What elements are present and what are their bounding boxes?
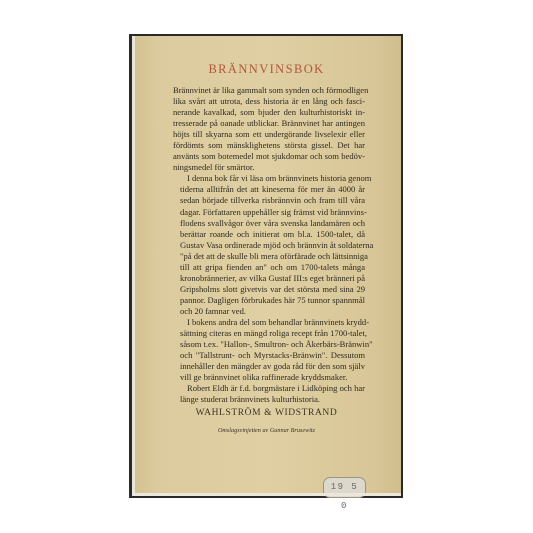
blurb-line: tresserade på oanade utblickar. Brännvin…: [173, 118, 365, 129]
cover-illustration-credit: Omslagsvinjetten av Gunnar Brusewitz: [132, 427, 401, 434]
blurb-line: och "Tallstrunt- och Myrstacks-Bränwin".…: [173, 350, 365, 361]
blurb-line: sedan började tillverka risbrännvin och …: [173, 195, 365, 206]
blurb-line: såsom t.ex. "Hallon-, Smultron- och Åker…: [173, 339, 365, 350]
blurb-line: lika svårt att utrota, dess historia är …: [173, 96, 365, 107]
blurb-line: och 20 famnar ved.: [173, 306, 365, 317]
blurb-line: Gripsholms slott givetvis var det störst…: [173, 284, 365, 295]
blurb-line: Robert Eldh är f.d. borgmästare i Lidköp…: [173, 383, 365, 394]
blurb-line: pannor. Dagligen förbrukades här 75 tunn…: [173, 295, 365, 306]
blurb-line: nerande kavalkad, som bjuder den kulturh…: [173, 107, 365, 118]
blurb-line: berättar roande och initierat om bl.a. 1…: [173, 229, 365, 240]
blurb-paragraph: Robert Eldh är f.d. borgmästare i Lidköp…: [173, 383, 365, 405]
blurb-paragraph: I bokens andra del som behandlar brännvi…: [173, 317, 365, 383]
blurb-line: "på det att de skulle bli mera oförfärad…: [173, 251, 365, 262]
blurb-line: använts som botemedel mot sjukdomar och …: [173, 151, 365, 162]
book-title: BRÄNNVINSBOK: [132, 62, 401, 77]
blurb-paragraph: Brännvinet är lika gammalt som synden oc…: [173, 85, 365, 173]
blurb-line: höjts till skyarna som ett undergörande …: [173, 129, 365, 140]
blurb-line: vill ge brännvinet olika raffinerade kry…: [173, 372, 365, 383]
blurb-paragraph: I denna bok får vi läsa om brännvinets h…: [173, 173, 365, 317]
blurb-line: I bokens andra del som behandlar brännvi…: [173, 317, 365, 328]
publisher-name: WAHLSTRÖM & WIDSTRAND: [132, 408, 401, 418]
blurb-line: dagar. Författaren uppehåller sig främst…: [173, 207, 365, 218]
blurb-line: I denna bok får vi läsa om brännvinets h…: [173, 173, 365, 184]
book-back-cover: BRÄNNVINSBOK Brännvinet är lika gammalt …: [129, 34, 403, 498]
blurb-line: tiderna alltifrån det att kineserna för …: [173, 184, 365, 195]
library-sticker-label: 19 5 0: [323, 477, 366, 498]
blurb-line: ningsmedel för smärtor.: [173, 162, 365, 173]
blurb-line: innehåller den mängder av goda råd för d…: [173, 361, 365, 372]
blurb-line: sättning citeras en mängd roliga recept …: [173, 328, 365, 339]
blurb-line: fördömts som mänsklighetens största giss…: [173, 140, 365, 151]
blurb-line: till att gripa fienden an" och om 1700-t…: [173, 262, 365, 273]
blurb-line: länge studerat brännvinets kulturhistori…: [173, 394, 365, 405]
blurb-line: Brännvinet är lika gammalt som synden oc…: [173, 85, 365, 96]
blurb-line: Gustav Vasa ordinerade mjöd och brännvin…: [173, 240, 365, 251]
blurb-line: flodens svallvågor över våra svenska lan…: [173, 218, 365, 229]
blurb-line: kronobrännerier, av vilka Gustaf III:s e…: [173, 273, 365, 284]
blurb-text: Brännvinet är lika gammalt som synden oc…: [173, 85, 365, 405]
